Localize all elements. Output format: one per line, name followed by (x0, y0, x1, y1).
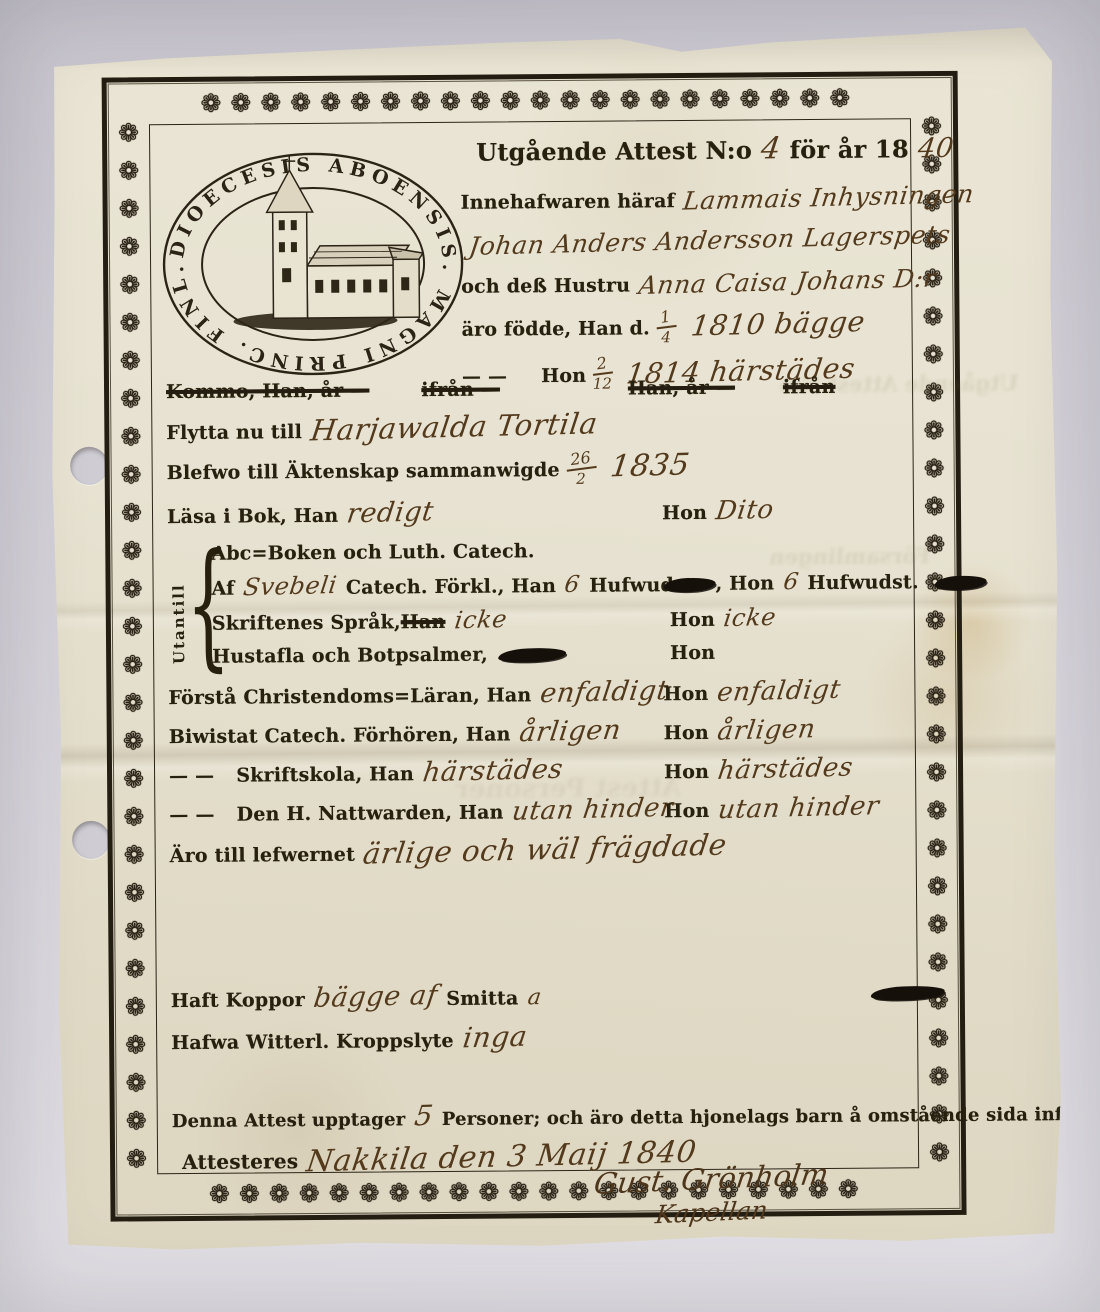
printed-label: Attesteres (182, 1149, 298, 1174)
handwritten-date-fraction: 262 (566, 450, 597, 486)
right-column: Hon (670, 637, 715, 668)
handwritten-entry: härstädes (716, 750, 856, 787)
printed-label: Af (212, 577, 235, 599)
right-column: Honhärstädes (664, 751, 862, 790)
printed-label: Utgående Attest N:o (476, 136, 752, 167)
handwritten-entry: Dito (714, 492, 776, 527)
handwritten-entry: 40 (915, 130, 956, 168)
handwritten-entry: redigt (345, 495, 436, 531)
line-fodde-han: äro födde, Han d.141810 bägge (461, 304, 941, 352)
handwritten-entry: Anna Caisa Johans D:r (636, 259, 938, 304)
handwritten-entry: icke (722, 601, 778, 632)
line-lefwernet: Äro till lefwernetärlige och wäl frägdad… (170, 829, 906, 874)
ink-blot (498, 647, 567, 664)
printed-label: äro födde, Han d. (462, 317, 651, 340)
handwritten-entry: i Nakkila (628, 1253, 743, 1290)
handwritten-entry: årligen (715, 712, 817, 749)
printed-label: Personer; och äro detta hjonelags barn å… (442, 1103, 1100, 1129)
line-kommo: Kommo, Han, år —ifrån —Han, år —ifrån (166, 369, 902, 410)
diocese-of-abo-seal: DIOECESIS ABOENSIS. MAGNI PRINC. FINL. (156, 147, 470, 381)
line-holder-name: Johan Anders Andersson Lagerspets (461, 220, 941, 264)
utantill-lines: Abc=Boken och Luth. Catech.AfSvebeliCate… (211, 531, 904, 672)
printed-label: Församl (749, 1262, 823, 1282)
line-denna-attest: Denna Attest upptager5Personer; och äro … (172, 1095, 908, 1139)
right-column: Honutan hinder (664, 790, 888, 829)
handwritten-entry: 5 (412, 1098, 435, 1132)
printed-label: Hon (664, 799, 709, 821)
handwritten-entry: Lammais Inhysningen (681, 175, 977, 219)
printed-label: Hon (662, 501, 707, 523)
line-aktenskap: Blefwo till Äktenskap sammanwigde2621835 (167, 447, 903, 495)
ornamental-border-frame: ❁❁❁❁❁❁❁❁❁❁❁❁❁❁❁❁❁❁❁❁❁❁ ❁❁❁❁❁❁❁❁❁❁❁❁❁❁❁❁❁… (102, 71, 967, 1222)
handwritten-date-fraction: 14 (656, 309, 676, 345)
line-innehafwaren: Innehafwaren härafLammais Inhysningen (460, 178, 940, 222)
handwritten-entry: 1810 bägge (688, 303, 867, 344)
right-column: HonDito (662, 493, 783, 531)
line-hustru: och deß HustruAnna Caisa Johans D:r (461, 262, 941, 306)
rosette-ornament-row-top: ❁❁❁❁❁❁❁❁❁❁❁❁❁❁❁❁❁❁❁❁❁❁ (111, 79, 949, 123)
punch-hole-bottom (72, 821, 110, 859)
printed-label: för år 18 (790, 134, 909, 164)
right-column: Honicke (670, 602, 786, 636)
line-forsta-laran: Förstå Christendoms=Läran, HanenfaldigtH… (168, 673, 904, 716)
turku-cathedral-engraving (232, 155, 423, 330)
utantill-group: Utantill { Abc=Boken och Luth. Catech.Af… (169, 531, 904, 673)
parish-footer: i NakkilaFörsamling (173, 1253, 909, 1295)
handwritten-entry: bägge af (311, 978, 439, 1015)
struck-printed-label: ifrån (783, 376, 836, 398)
right-column: Honårligen (664, 712, 825, 750)
line-nattwarden: — —Den H. Nattwarden, Hanutan hinderHonu… (169, 790, 905, 833)
handwritten-entry: utan hinder (510, 790, 675, 828)
printed-label: Skriftskola, Han (236, 763, 414, 786)
header-section: DIOECESIS ABOENSIS. MAGNI PRINC. FINL. (164, 127, 902, 373)
handwritten-entry: utan hinder (716, 789, 881, 827)
right-column (871, 976, 945, 1011)
printed-label: Hufwudst. (807, 571, 918, 594)
printed-label: — — (169, 803, 214, 825)
printed-label: Hafwa Witterl. Kroppslyte (171, 1029, 454, 1053)
line-kroppslyte: Hafwa Witterl. Kroppslyteinga (171, 1017, 907, 1061)
printed-label: Hon (664, 760, 709, 782)
printed-label: Skriftenes Språk, (212, 611, 401, 634)
printed-label: Flytta nu till (166, 421, 302, 444)
handwritten-entry: 6 (781, 567, 800, 597)
attest-header: Utgående Attest N:o4för år 1840 (460, 129, 940, 174)
border-inner-rule: ❁❁❁❁❁❁❁❁❁❁❁❁❁❁❁❁❁❁❁❁❁❁ ❁❁❁❁❁❁❁❁❁❁❁❁❁❁❁❁❁… (108, 77, 961, 1216)
line-lasa-i-bok: Läsa i Bok, HanredigtHonDito (167, 492, 903, 535)
printed-label: Hon (670, 641, 715, 663)
migration-and-reading-section: Kommo, Han, år —ifrån —Han, år —ifrånFly… (166, 369, 903, 534)
punch-hole-top (70, 447, 108, 485)
printed-label: Innehafwaren häraf (461, 190, 675, 214)
line-biwistat: Biwistat Catech. Förhören, HanårligenHon… (169, 712, 905, 755)
printed-label: Den H. Nattwarden, Han (237, 801, 504, 825)
printed-label: Hon (670, 608, 715, 630)
signature-block: Gust. Grönholm Kapellan (576, 1159, 847, 1229)
line-catech-forkl: AfSvebeliCatech. Förkl., Han6Hufwudst., … (211, 566, 903, 604)
struck-printed-label: ifrån — (421, 378, 500, 401)
line-forsamling: i NakkilaFörsamling (173, 1253, 909, 1295)
handwritten-entry: ing (829, 1253, 872, 1288)
handwritten-entry: årligen (517, 713, 623, 750)
printed-label: Haft Koppor (171, 989, 305, 1012)
handwritten-entry: Harjawalda Tortila (308, 406, 599, 447)
header-lines: Utgående Attest N:o4för år 1840Innehafwa… (460, 127, 942, 399)
struck-printed-label: Han (401, 610, 446, 632)
document-paper: ❁❁❁❁❁❁❁❁❁❁❁❁❁❁❁❁❁❁❁❁❁❁ ❁❁❁❁❁❁❁❁❁❁❁❁❁❁❁❁❁… (44, 25, 1069, 1254)
handwritten-entry: 4 (759, 130, 784, 168)
handwritten-entry: Johan Anders Andersson Lagerspets (467, 216, 953, 265)
handwritten-entry: 6 (563, 569, 582, 599)
handwritten-entry: Svebeli (241, 569, 339, 601)
fraction-denominator: 2 (566, 469, 596, 486)
line-flytta: Flytta nu tillHarjawalda Tortila (166, 406, 902, 451)
printed-label: Hon (664, 721, 709, 743)
handwritten-entry: inga (460, 1019, 529, 1055)
handwritten-entry: härstädes (420, 752, 565, 790)
printed-label: Catech. Förkl., Han (346, 575, 556, 599)
ink-blot (663, 577, 716, 593)
printed-label: och deß Hustru (461, 274, 630, 297)
fraction-numerator: 26 (565, 448, 598, 471)
catechism-section: Förstå Christendoms=Läran, HanenfaldigtH… (168, 673, 906, 874)
fraction-numerator: 1 (655, 307, 677, 328)
struck-printed-label: Han, år — (628, 377, 735, 400)
struck-printed-label: Kommo, Han, år — (166, 380, 369, 404)
printed-label: Biwistat Catech. Förhören, Han (169, 723, 511, 748)
ink-blot (871, 985, 946, 1002)
printed-label: Smitta (446, 987, 518, 1010)
line-hustafla: Hustafla och Botpsalmer,Hon (212, 636, 904, 672)
printed-label: Förstå Christendoms=Läran, Han (168, 684, 531, 709)
fraction-denominator: 4 (656, 328, 676, 345)
line-skriftskola: — —Skriftskola, HanhärstädesHonhärstädes (169, 751, 905, 794)
line-skriftenes: Skriftenes Språk,HanickeHonicke (212, 601, 904, 639)
printed-label: Äro till lefwernet (170, 843, 355, 866)
handwritten-entry: a (525, 981, 543, 1015)
handwritten-entry: enfaldigt (715, 672, 843, 709)
printed-label: Hon (663, 682, 708, 704)
printed-label: , Hon (715, 572, 774, 594)
handwritten-entry: 1835 (609, 448, 692, 484)
line-koppor: Haft Kopporbägge afSmittaa (171, 976, 907, 1019)
ink-blot (935, 575, 988, 591)
printed-label: Blefwo till Äktenskap sammanwigde (167, 459, 560, 484)
form-content: Utgående Attest N:o Församlingen Attest … (149, 118, 919, 1174)
health-section: Haft Kopporbägge afSmittaaHafwa Witterl.… (171, 976, 908, 1061)
printed-label: Denna Attest upptager (172, 1109, 406, 1132)
rosette-ornament-column-left: ❁❁❁❁❁❁❁❁❁❁❁❁❁❁❁❁❁❁❁❁❁❁❁❁❁❁❁❁❁❁ (110, 118, 155, 1180)
handwritten-entry: icke (452, 603, 508, 634)
right-column: , Hon6Hufwudst. (663, 565, 986, 600)
handwritten-entry: ärlige och wäl frägdade (361, 827, 729, 870)
spacer (500, 394, 628, 395)
handwritten-entry: enfaldigt (538, 674, 670, 711)
printed-label: Abc=Boken och Luth. Catech. (211, 540, 534, 565)
printed-label: Hustafla och Botpsalmer, (212, 643, 488, 667)
photograph-of-certificate: ❁❁❁❁❁❁❁❁❁❁❁❁❁❁❁❁❁❁❁❁❁❁ ❁❁❁❁❁❁❁❁❁❁❁❁❁❁❁❁❁… (0, 0, 1100, 1312)
curly-brace: { (186, 545, 204, 663)
line-abc-boken: Abc=Boken och Luth. Catech. (211, 533, 903, 569)
right-column: Honenfaldigt (663, 673, 849, 711)
printed-label: — — (169, 764, 214, 786)
